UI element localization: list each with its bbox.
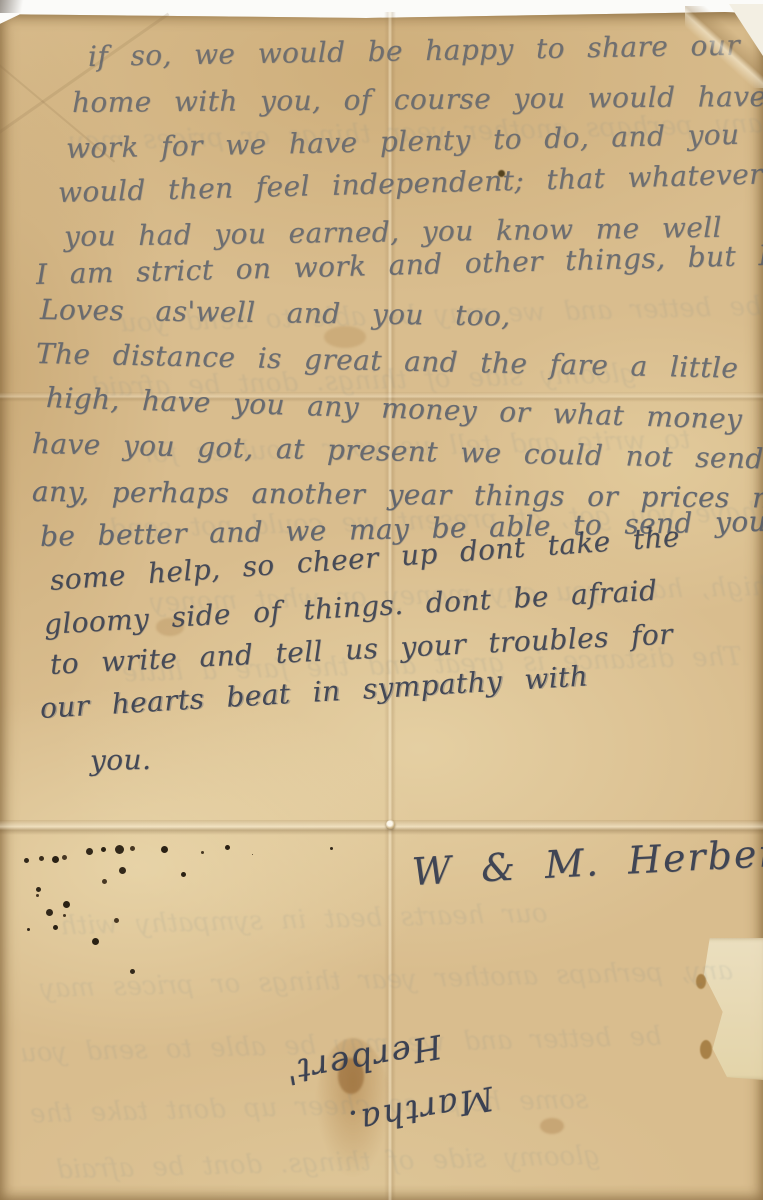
- pin-hole: [386, 820, 395, 829]
- torn-edge-mark: [700, 1040, 712, 1059]
- fold-crease-horizontal-lower: [0, 820, 763, 835]
- ink-splatter: [24, 858, 29, 863]
- letter-scan: any, perhaps another year things or pric…: [0, 0, 763, 1200]
- letter-line: home with you, of course you would have: [72, 80, 763, 119]
- letter-line: Loves as'well and you too,: [40, 293, 511, 333]
- letter-line: you.: [90, 743, 152, 777]
- stain: [540, 1118, 564, 1134]
- scanner-edge-shadow: [0, 0, 34, 13]
